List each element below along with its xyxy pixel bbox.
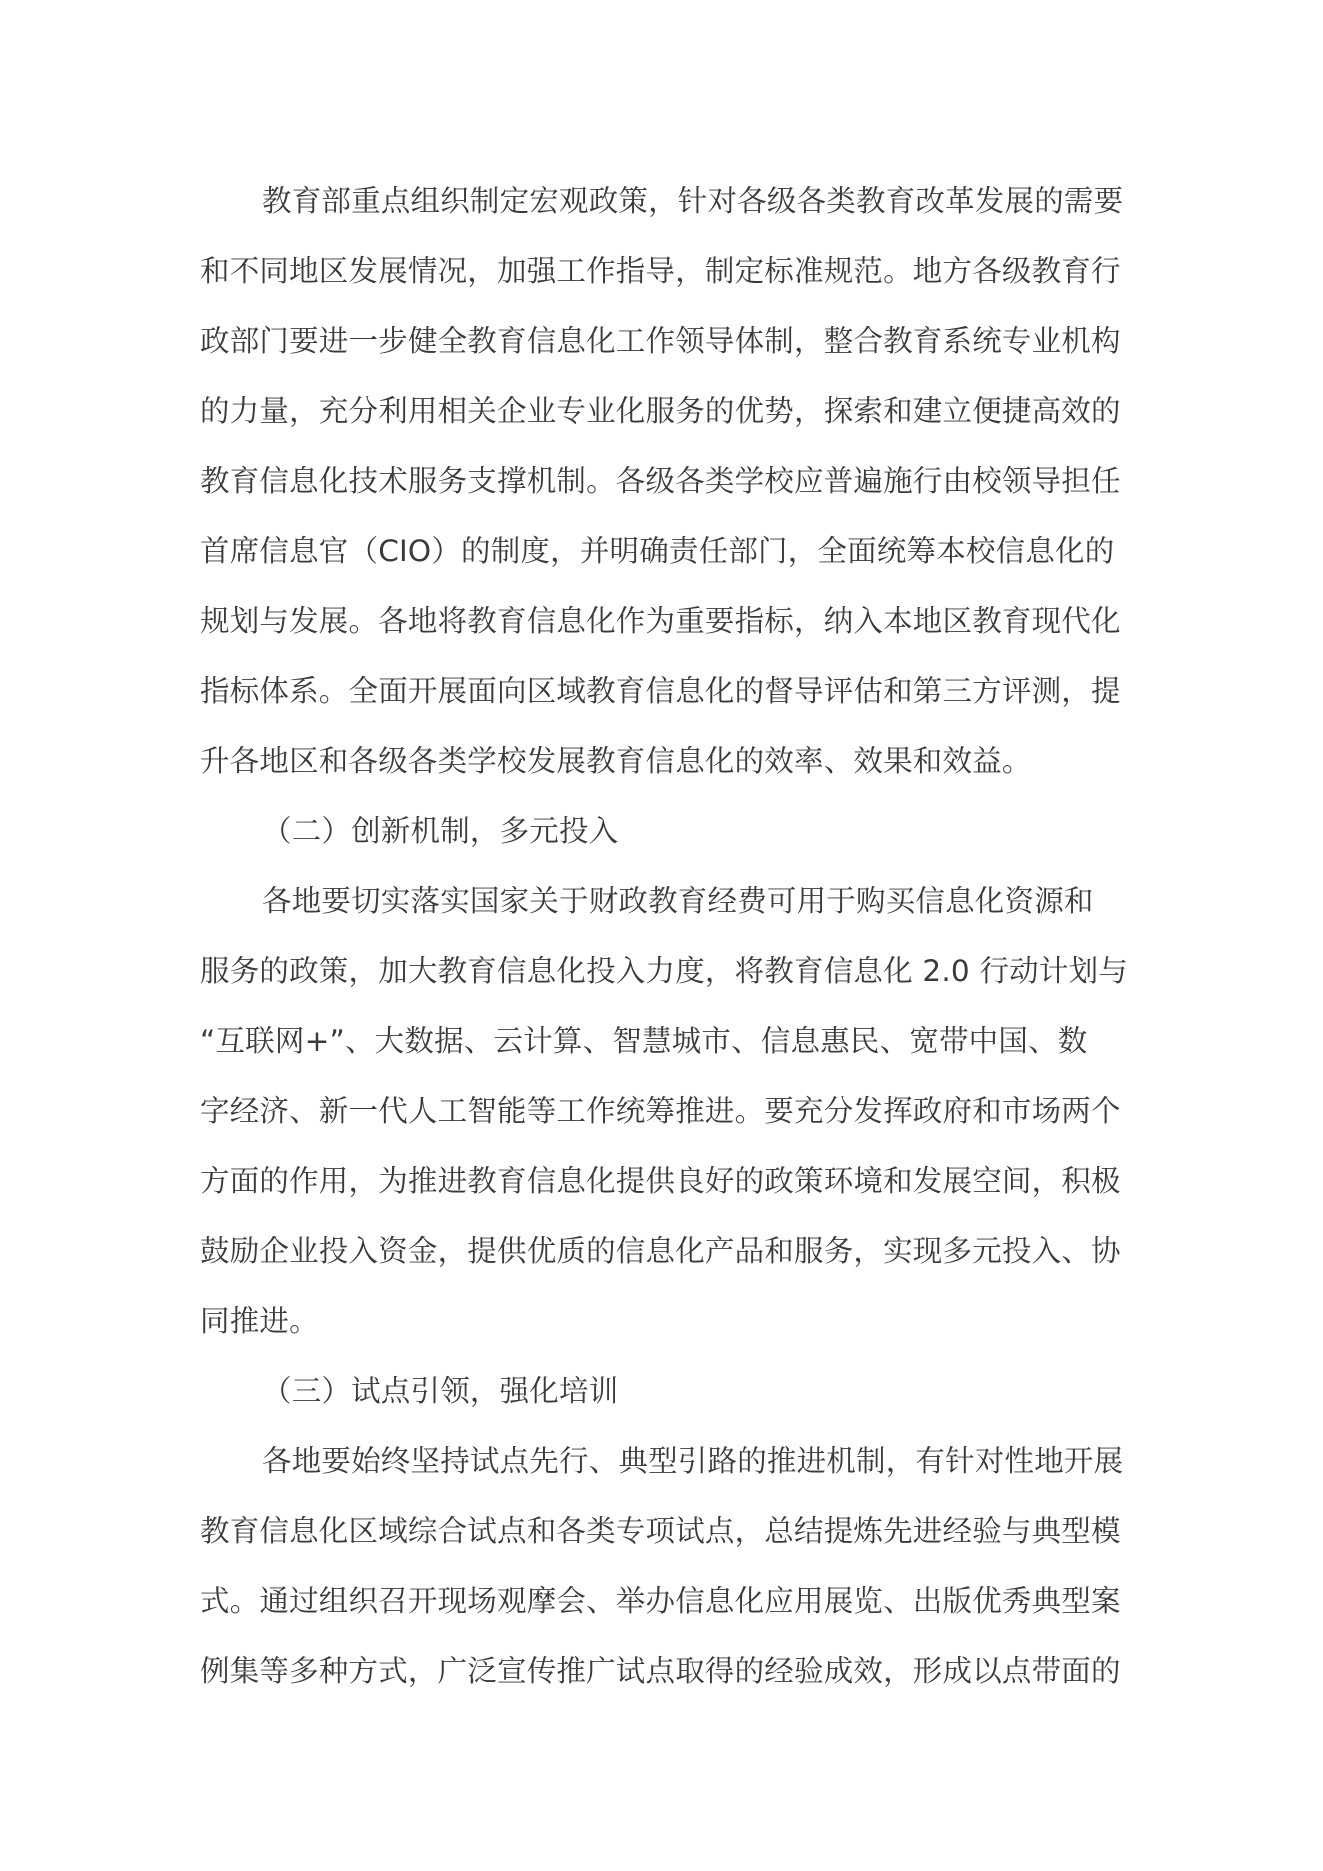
paragraph-2-line-3: “互联网+”、大数据、云计算、智慧城市、信息惠民、宽带中国、数 <box>200 1012 1132 1082</box>
paragraph-1-line-3: 政部门要进一步健全教育信息化工作领导体制，整合教育系统专业机构 <box>200 312 1132 382</box>
section-heading-2: （二）创新机制，多元投入 <box>200 802 1132 872</box>
paragraph-3-line-4: 例集等多种方式，广泛宣传推广试点取得的经验成效，形成以点带面的 <box>200 1642 1132 1712</box>
paragraph-1-line-9: 升各地区和各级各类学校发展教育信息化的效率、效果和效益。 <box>200 732 1132 802</box>
paragraph-1-line-6: 首席信息官（CIO）的制度，并明确责任部门，全面统筹本校信息化的 <box>200 522 1132 592</box>
paragraph-2-line-5: 方面的作用，为推进教育信息化提供良好的政策环境和发展空间，积极 <box>200 1152 1132 1222</box>
paragraph-2-line-6: 鼓励企业投入资金，提供优质的信息化产品和服务，实现多元投入、协 <box>200 1222 1132 1292</box>
paragraph-1-line-2: 和不同地区发展情况，加强工作指导，制定标准规范。地方各级教育行 <box>200 242 1132 312</box>
document-page: 教育部重点组织制定宏观政策，针对各级各类教育改革发展的需要 和不同地区发展情况，… <box>200 172 1132 1712</box>
paragraph-1-line-1: 教育部重点组织制定宏观政策，针对各级各类教育改革发展的需要 <box>200 172 1132 242</box>
paragraph-2-line-1: 各地要切实落实国家关于财政教育经费可用于购买信息化资源和 <box>200 872 1132 942</box>
paragraph-2-line-4: 字经济、新一代人工智能等工作统筹推进。要充分发挥政府和市场两个 <box>200 1082 1132 1152</box>
section-heading-3: （三）试点引领，强化培训 <box>200 1362 1132 1432</box>
paragraph-3-line-2: 教育信息化区域综合试点和各类专项试点，总结提炼先进经验与典型模 <box>200 1502 1132 1572</box>
paragraph-3-line-1: 各地要始终坚持试点先行、典型引路的推进机制，有针对性地开展 <box>200 1432 1132 1502</box>
paragraph-2-line-2: 服务的政策，加大教育信息化投入力度，将教育信息化 2.0 行动计划与 <box>200 942 1132 1012</box>
paragraph-3-line-3: 式。通过组织召开现场观摩会、举办信息化应用展览、出版优秀典型案 <box>200 1572 1132 1642</box>
paragraph-1-line-8: 指标体系。全面开展面向区域教育信息化的督导评估和第三方评测，提 <box>200 662 1132 732</box>
paragraph-1-line-7: 规划与发展。各地将教育信息化作为重要指标，纳入本地区教育现代化 <box>200 592 1132 662</box>
paragraph-1-line-5: 教育信息化技术服务支撑机制。各级各类学校应普遍施行由校领导担任 <box>200 452 1132 522</box>
paragraph-1-line-4: 的力量，充分利用相关企业专业化服务的优势，探索和建立便捷高效的 <box>200 382 1132 452</box>
paragraph-2-line-7: 同推进。 <box>200 1292 1132 1362</box>
